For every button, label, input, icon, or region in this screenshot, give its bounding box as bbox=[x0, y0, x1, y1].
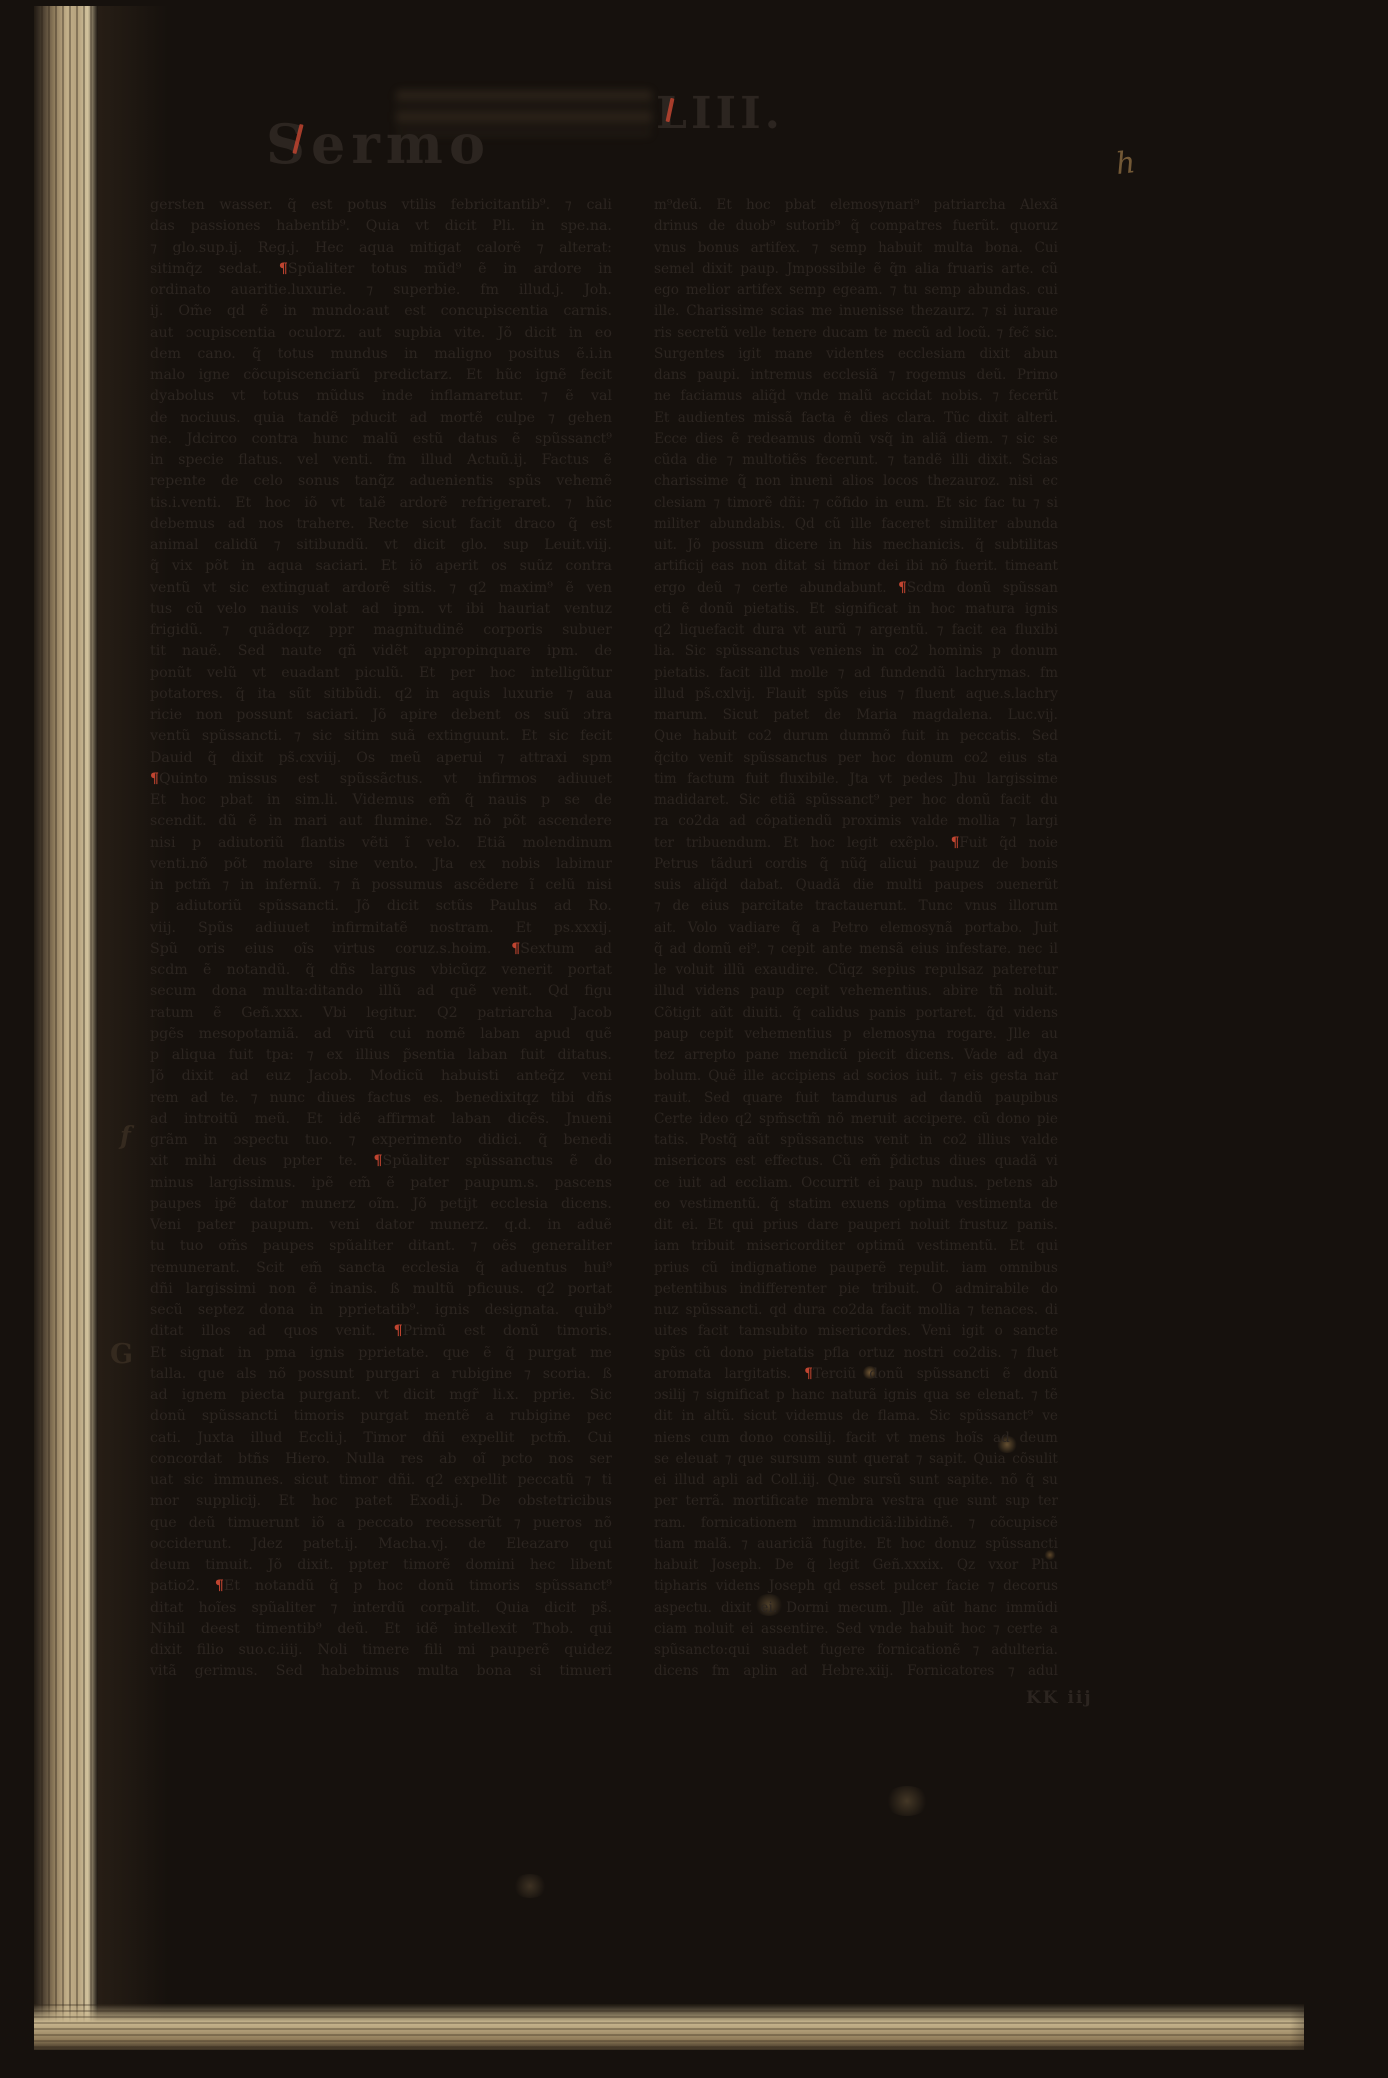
quire-signature: KK iij bbox=[1026, 1688, 1093, 1708]
stain bbox=[884, 1786, 930, 1816]
text-line: levoluitillũexaudire.Cũqzsepiusrepulsazp… bbox=[654, 962, 1058, 983]
text-line: perterrã.mortificatemembravestraquesunts… bbox=[654, 1493, 1058, 1514]
text-line: ponũtvelũvteuadantpiculũ.Etperhocintelli… bbox=[150, 665, 612, 686]
text-line: tipharisvidensJosephqdessetpulcerfacie⁊d… bbox=[654, 1578, 1058, 1599]
text-line: danspaupi.intremusecclesiã⁊rogemusdeũ.Pr… bbox=[654, 367, 1058, 388]
text-line: pietatis.facitilldmolle⁊adfundendũlachry… bbox=[654, 665, 1058, 686]
text-line: ventũspũssancti.⁊sicsitimsuãextinguunt.E… bbox=[150, 728, 612, 749]
text-line: denociuus.quiatandẽpducitadmortẽculpe⁊ge… bbox=[150, 410, 612, 431]
text-line: scendit.dũẽinmariautflumine.Sznõpõtascen… bbox=[150, 813, 612, 834]
text-line: bolum.Quẽilleaccipiensadsociosiuit.⁊eisg… bbox=[654, 1068, 1058, 1089]
text-line: militerabundabis.Qdcũillefaceretsimilite… bbox=[654, 516, 1058, 537]
text-line: remunerant.Scitem̃sanctaecclesiaq̃aduent… bbox=[150, 1260, 612, 1281]
text-line: illudps̃.cxlvij.Flauitspũseius⁊fluentaqu… bbox=[654, 686, 1058, 707]
marginal-letter-f: f bbox=[120, 1121, 131, 1150]
text-line: timfactumfuitfluxibile.JtavtpedesJhularg… bbox=[654, 771, 1058, 792]
text-line: tiammalã.⁊auariciãfugite.Ethocdonuzspũss… bbox=[654, 1536, 1058, 1557]
text-line: lia.Sicspũssanctusveniensinco2hominispdo… bbox=[654, 643, 1058, 664]
text-line: secumdonamulta:ditandoillũadquẽvenit.Qdf… bbox=[150, 983, 612, 1004]
text-line: raco2daadcõpatiendũproximisvaldemollia⁊l… bbox=[654, 813, 1058, 834]
photograph-of-incunabulum-page: { "header": { "left_title": "Sermo", "ri… bbox=[0, 0, 1388, 2078]
text-line: seeleuat⁊quesursumsuntquerat⁊sapit.Quiac… bbox=[654, 1451, 1058, 1472]
text-line: iamtribuitmisericorditeroptimũvestimentũ… bbox=[654, 1238, 1058, 1259]
text-line: potatores.q̃itasũtsitibũdi.q2inaquisluxu… bbox=[150, 686, 612, 707]
marginal-annotation-h: h bbox=[1114, 145, 1137, 182]
text-line: paupesipẽdatormunerzoĩm.Jõpetijtecclesia… bbox=[150, 1196, 612, 1217]
text-line: artificijeasnonditatsitimordeiibinõfueri… bbox=[654, 558, 1058, 579]
text-line: nefaciamusaliq̃dvndemalũaccidatnobis.⁊fe… bbox=[654, 388, 1058, 409]
text-line: ctiẽdonũpietatis.Etsignificatinhocmatura… bbox=[654, 601, 1058, 622]
text-line: demcano.q̃totusmundusinmalignopositusẽ.i… bbox=[150, 346, 612, 367]
text-line: ij.Om̃eqdẽinmundo:autestconcupiscentiaca… bbox=[150, 303, 612, 324]
text-line: nisipadiutoriũflantisvẽtiĩvelo.Etiãmolen… bbox=[150, 835, 612, 856]
text-line: quedeũtimueruntiõapeccatorecesserũt⁊puer… bbox=[150, 1515, 612, 1536]
text-line: ait.Volovadiareq̃aPetroelemosynãportabo.… bbox=[654, 920, 1058, 941]
text-line: ditathoĩesspũaliter⁊interdũcorpalit.Quia… bbox=[150, 1600, 612, 1621]
text-line: egomeliorartifexsempegeam.⁊tusempabundas… bbox=[654, 282, 1058, 303]
sermon-number-liii: LIII. bbox=[656, 88, 784, 139]
text-line: Dauidq̃dixitps̃.cxviij.Osmeũaperui⁊attra… bbox=[150, 750, 612, 771]
text-line: ceiuitadeccl̃iam.Occurriteipaupnudus.pet… bbox=[654, 1175, 1058, 1196]
text-line: dyabolusvttotusmũdusindeinflamaretur.⁊ẽv… bbox=[150, 388, 612, 409]
text-line: frigidũ.⁊quãdoqzpprmagnitudinẽcorporissu… bbox=[150, 622, 612, 643]
pilcrow-rubric: ¶ bbox=[215, 1578, 224, 1594]
text-line: rauit.Sedquarefuittamdurusaddandũpaupibu… bbox=[654, 1090, 1058, 1111]
text-line: dixitfiliosuo.c.iiij.Nolitimerefilimipau… bbox=[150, 1642, 612, 1663]
text-line: vnusbonusartifex.⁊semphabuitmultabona.Cu… bbox=[654, 240, 1058, 261]
stain bbox=[512, 1874, 548, 1898]
text-line: ciamnoluiteiassentire.Sedvndehabuithoc⁊c… bbox=[654, 1621, 1058, 1642]
text-line: q̃addomũei⁹.⁊cepitantemensãeiusinfestare… bbox=[654, 941, 1058, 962]
text-line: tis.i.venti.Ethociõvttalẽardorẽrefrigera… bbox=[150, 495, 612, 516]
text-line: adintroitũmeũ.Etidẽaffirmatlabandicẽs.Jn… bbox=[150, 1111, 612, 1132]
text-line: madidaret.Sicetiãspũssanct⁹perhocdonũfac… bbox=[654, 792, 1058, 813]
text-line: patio2.¶Etnotandũq̃phocdonũtimorisspũssa… bbox=[150, 1578, 612, 1599]
pilcrow-rubric: ¶ bbox=[804, 1366, 813, 1382]
text-line: ditinaltũ.sicutvidemusdeflama.Sicspũssan… bbox=[654, 1408, 1058, 1429]
text-line: animalcalidũ⁊sitibundũ.vtdicitglo.supLeu… bbox=[150, 537, 612, 558]
text-line: Certeideoq2spm̃sctm̃nõmeruitaccipere.cũd… bbox=[654, 1111, 1058, 1132]
text-line: minuslargissimus.ipẽem̃ẽpaterpaupum.s.pa… bbox=[150, 1175, 612, 1196]
text-line: inpctm̃⁊ininfernũ.⁊ñpossumusascẽdereĩcel… bbox=[150, 877, 612, 898]
text-line: marum.SicutpatetdeMariamagdalena.Luc.vij… bbox=[654, 707, 1058, 728]
text-line: tatis.Postq̃aũtspũssanctusvenitinco2illi… bbox=[654, 1132, 1058, 1153]
marginal-letter-g: G bbox=[110, 1339, 133, 1370]
text-line: maloignecõcupiscenciarũpredictarz.Ethũci… bbox=[150, 367, 612, 388]
text-line: vitãgerimus.Sedhabebimusmultabonasitimue… bbox=[150, 1663, 612, 1684]
pilcrow-rubric: ¶ bbox=[394, 1323, 403, 1339]
text-line: semeldixitpaup.Jmpossibileẽq̃naliafruari… bbox=[654, 261, 1058, 282]
text-line: Eccediesẽredeamusdomũvsq̃inaliãdiem.⁊sic… bbox=[654, 431, 1058, 452]
text-line: tezarreptopanemendicũpiecitdicens.Vadead… bbox=[654, 1047, 1058, 1068]
text-line: ille.Charissimesciasmeinuenissethezaurz.… bbox=[654, 303, 1058, 324]
text-line: morsupplicij.EthocpatetExodi.j.Deobstetr… bbox=[150, 1493, 612, 1514]
text-line: adignempiectapurgant.vtdicitmgr̃li.x.ppr… bbox=[150, 1387, 612, 1408]
text-line: padiutoriũspũssancti.JõdicitsctũsPaulusa… bbox=[150, 898, 612, 919]
text-line: charissimeq̃noninuenialioslocosthezauroz… bbox=[654, 473, 1058, 494]
text-line: gerstenwasser.q̃estpotusvtilisfebricitan… bbox=[150, 197, 612, 218]
text-line: repentedecelosonustanq̃zaduenientisspũsv… bbox=[150, 473, 612, 494]
text-line: ventũvtsicextinguatardorẽsitis.⁊q2maxim⁹… bbox=[150, 580, 612, 601]
text-line: priuscũindignationepauperẽrepulit.iamomn… bbox=[654, 1260, 1058, 1281]
text-line: clesiam⁊timorẽdñi:⁊cõfidoineum.Etsicfact… bbox=[654, 495, 1058, 516]
text-line: Nihildeesttimentib⁹deũ.EtidẽintellexitTh… bbox=[150, 1621, 612, 1642]
text-line: Cõtigitaũtdiuiti.q̃caliduspanisportaret.… bbox=[654, 1005, 1058, 1026]
text-column-left: gerstenwasser.q̃estpotusvtilisfebricitan… bbox=[150, 197, 612, 1685]
text-line: paupcepitvehementiuspelemosynarogare.Jll… bbox=[654, 1026, 1058, 1047]
text-line: daspassioneshabentib⁹.QuiavtdicitPli.ins… bbox=[150, 218, 612, 239]
text-column-right: m⁹deũ.Ethocpbatelemosynari⁹patriarchaAle… bbox=[654, 197, 1058, 1685]
text-line: ɔsilij⁊significatphancnaturãignisquaseel… bbox=[654, 1387, 1058, 1408]
text-line: occiderunt.Jdezpatet.ij.Macha.vj.deEleaz… bbox=[150, 1536, 612, 1557]
text-line: aromatalargitatis.¶Terciũdonũspũssanctiẽ… bbox=[654, 1366, 1058, 1387]
text-line: tutuoom̃spaupesspũaliterditant.⁊oẽsgener… bbox=[150, 1238, 612, 1259]
text-line: aspectu.dixitei.Dormimecum.Jlleaũthancim… bbox=[654, 1600, 1058, 1621]
text-line: drinusdeduob⁹sutorib⁹q̃compatresfuerũt.q… bbox=[654, 218, 1058, 239]
book-fore-edge-left bbox=[34, 6, 98, 2050]
text-line: spũscũdonopietatispflaortuznostrico2dis.… bbox=[654, 1345, 1058, 1366]
text-line: cati.JuxtailludEccli.j.Timordñiexpellitp… bbox=[150, 1430, 612, 1451]
text-line: Etaudientesmissãfactaẽdiesclara.Tũcdixit… bbox=[654, 410, 1058, 431]
text-line: pgẽsmesopotamiã.advirũcuinomẽlabanapudqu… bbox=[150, 1026, 612, 1047]
text-line: Venipaterpaupum.venidatormunerz.q.d.inad… bbox=[150, 1217, 612, 1238]
text-line: m⁹deũ.Ethocpbatelemosynari⁹patriarchaAle… bbox=[654, 197, 1058, 218]
text-line: ditatillosadquosvenit.¶Primũestdonũtimor… bbox=[150, 1323, 612, 1344]
text-line: ricienonpossuntsaciari.Jõapiredebentossu… bbox=[150, 707, 612, 728]
text-line: rissecretũvelletenereducamtemecũadlocũ.⁊… bbox=[654, 325, 1058, 346]
text-line: habuitJoseph.Deq̃legitGeñ.xxxix.QzvxorPh… bbox=[654, 1557, 1058, 1578]
text-line: ergodeũ⁊certeabundabunt.¶Scd̃mdonũspũssa… bbox=[654, 580, 1058, 601]
text-line: uit.Jõpossumdicereinhismechanicis.q̃subt… bbox=[654, 537, 1058, 558]
text-line: petentibusindifferenterpietribuit.Oadmir… bbox=[654, 1281, 1058, 1302]
text-line: Spũoriseiusoĩsvirtuscoruz.s.hoim.¶Sextum… bbox=[150, 941, 612, 962]
text-line: uatsicimmunes.sicuttimordñi.q2expellitpe… bbox=[150, 1472, 612, 1493]
text-line: remadte.⁊nuncdiuesfactuses.benedixitqzti… bbox=[150, 1090, 612, 1111]
text-line: Ethocpbatinsim.li.Videmusem̃q̃nauispsede bbox=[150, 792, 612, 813]
text-line: viij.Spũsadiuuetinfirmitatẽnostram.Etps.… bbox=[150, 920, 612, 941]
text-line: ditei.Etquipriusdarepauperinoluitfrustuz… bbox=[654, 1217, 1058, 1238]
text-line: grãminɔspectutuo.⁊experimentodidici.q̃be… bbox=[150, 1132, 612, 1153]
text-line: debemusadnostrahere.Rectesicutfacitdraco… bbox=[150, 516, 612, 537]
text-line: tuscũvelonauisvolatadipm.vtibihauriatven… bbox=[150, 601, 612, 622]
text-line: uitesfacittamsubitomisericordes.Veniigit… bbox=[654, 1323, 1058, 1344]
text-line: nuzspũssancti.qdduraco2dafacitmollia⁊ten… bbox=[654, 1302, 1058, 1323]
text-line: q2liquefacitduravtaurũ⁊argentũ.⁊faciteaf… bbox=[654, 622, 1058, 643]
text-line: q̃citovenitspũssanctusperhocdonumco2eius… bbox=[654, 750, 1058, 771]
pilcrow-rubric: ¶ bbox=[374, 1153, 383, 1169]
text-line: Surgentesigitmanevidentesecclesiamdixita… bbox=[654, 346, 1058, 367]
text-line: nienscumdonoconsilij.facitvtmenshoĩsadde… bbox=[654, 1430, 1058, 1451]
text-line: inspecieflatus.velventi.fmilludActuũ.ij.… bbox=[150, 452, 612, 473]
running-title-sermo: Sermo bbox=[266, 112, 491, 176]
pilcrow-rubric: ¶ bbox=[898, 580, 907, 596]
text-line: sitimq̃zsedat.¶Spũalitertotusmũd⁹ẽinardo… bbox=[150, 261, 612, 282]
text-line: JõdixitadeuzJacob.Modicũhabuistianteq̃zv… bbox=[150, 1068, 612, 1089]
background-right bbox=[1290, 0, 1388, 2078]
pilcrow-rubric: ¶ bbox=[279, 261, 288, 277]
text-line: titnauẽ.Sednauteqñvidẽtappropinquareipm.… bbox=[150, 643, 612, 664]
text-line: ¶Quintomissusestspũssãctus.vtinfirmosadi… bbox=[150, 771, 612, 792]
text-line: illudvidenspaupcepitvehementius.abiretñn… bbox=[654, 983, 1058, 1004]
text-line: xitmihideusppterte.¶Spũaliterspũssanctus… bbox=[150, 1153, 612, 1174]
text-line: eiilludapl̃iadColl̃.iij.Quesursũsuntsapi… bbox=[654, 1472, 1058, 1493]
text-line: donũspũssanctitimorispurgatmentẽarubigin… bbox=[150, 1408, 612, 1429]
text-line: ⁊deeiusparcitatetractauerunt.Tuncvnusill… bbox=[654, 898, 1058, 919]
text-line: misericorsesteffectus.Cũem̃p̃dictusdiues… bbox=[654, 1153, 1058, 1174]
text-line: ⁊glo.sup.ij.Reg.j.Hecaquamitigatcalorẽ⁊a… bbox=[150, 240, 612, 261]
text-line: eovestimentũ.q̃statimexuensoptimavestime… bbox=[654, 1196, 1058, 1217]
text-line: ratumẽGeñ.xxx.Vbilegitur.Q2patriarchaJac… bbox=[150, 1005, 612, 1026]
text-line: Quehabuitco2durumdummõfuitinpeccatis.Sed bbox=[654, 728, 1058, 749]
text-line: dicensfmapl̃inadHebre.xiij.Fornicatores⁊… bbox=[654, 1663, 1058, 1684]
text-line: secũseptezdonainpprietatib⁹.ignisdesigna… bbox=[150, 1302, 612, 1323]
pilcrow-rubric: ¶ bbox=[150, 771, 159, 787]
text-line: dñilargissiminonẽinanis.ßmultũpficuus.q2… bbox=[150, 1281, 612, 1302]
text-line: ne.Jdcircocontrahuncmalũestũdatusẽspũssa… bbox=[150, 431, 612, 452]
text-line: suisaliq̃ddabat.Quadãdiemultipaupesɔuene… bbox=[654, 877, 1058, 898]
text-line: deumtimuit.Jõdixit.pptertimorẽdominihecl… bbox=[150, 1557, 612, 1578]
text-line: tertribuendum.Ethoclegitexẽplo.¶Fuitq̃dn… bbox=[654, 835, 1058, 856]
text-line: Petrustãduricordisq̃nũq̃alicuipaupuzdebo… bbox=[654, 856, 1058, 877]
text-line: paliquafuittpa:⁊exilliusp̃sentialabanfui… bbox=[150, 1047, 612, 1068]
text-line: ordinatoauaritie.luxurie.⁊superbie.fmill… bbox=[150, 282, 612, 303]
text-line: venti.nõpõtmolaresinevento.Jtaexnobislab… bbox=[150, 856, 612, 877]
text-line: concordatbtñsHiero.Nullaresaboĩpctonosse… bbox=[150, 1451, 612, 1472]
text-line: scd̃mẽnotandũ.q̃dñslargusvbicũqzveneritp… bbox=[150, 962, 612, 983]
text-line: autɔcupiscentiaoculorz.autsupbiavite.Jõd… bbox=[150, 325, 612, 346]
text-line: talla.quealsnõpossuntpurgariarubigine⁊sc… bbox=[150, 1366, 612, 1387]
pilcrow-rubric: ¶ bbox=[511, 941, 520, 957]
book-fore-edge-bottom bbox=[34, 2004, 1304, 2050]
text-line: spũsancto:quisuadetfugerefornicationẽ⁊ad… bbox=[654, 1642, 1058, 1663]
text-line: Etsignatinpmaignispprietate.queẽq̃purgat… bbox=[150, 1345, 612, 1366]
text-line: q̃vixpõtinaquasaciari.Etiõaperitossuũzco… bbox=[150, 558, 612, 579]
text-line: cũdadie⁊multotiẽsfecerunt.⁊tandẽillidixi… bbox=[654, 452, 1058, 473]
pilcrow-rubric: ¶ bbox=[951, 835, 960, 851]
text-line: ram.fornicationemimmundiciã:libidinẽ.⁊cõ… bbox=[654, 1515, 1058, 1536]
